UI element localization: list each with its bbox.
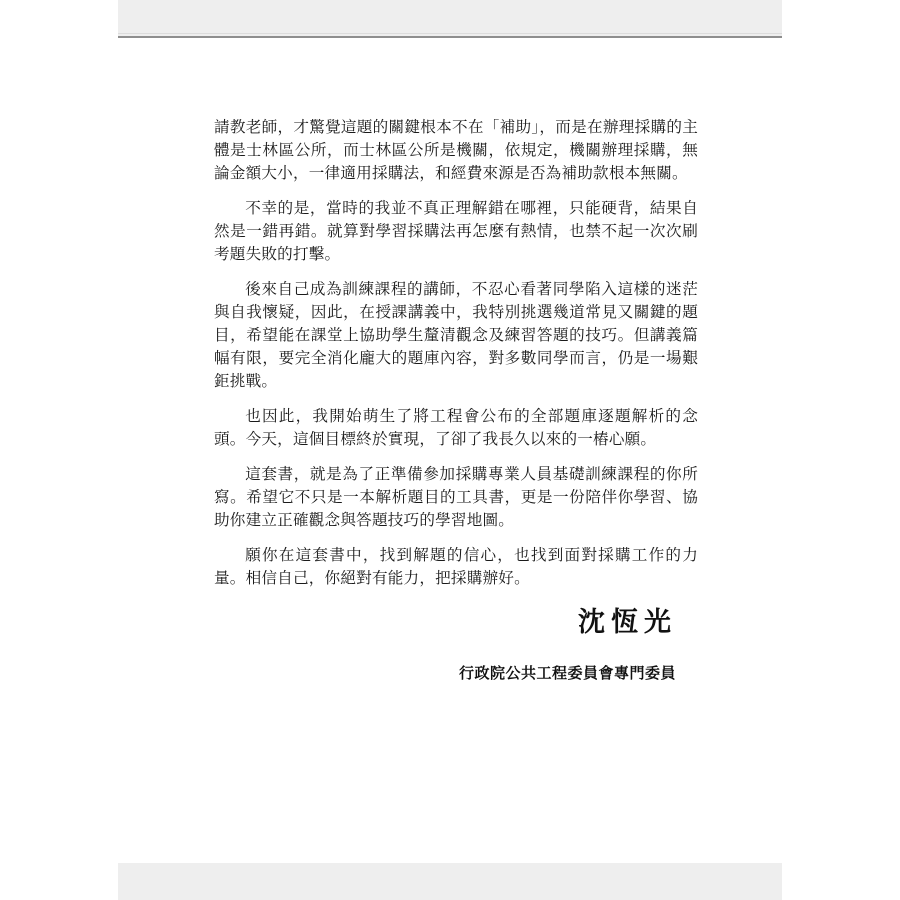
author-signature-title: 行政院公共工程委員會專門委員 <box>459 662 676 683</box>
paragraph-5: 這套書，就是為了正準備參加採購專業人員基礎訓練課程的你所寫。希望它不只是一本解析… <box>214 463 698 532</box>
paragraph-3: 後來自己成為訓練課程的講師，不忍心看著同學陷入這樣的迷茫與自我懷疑，因此，在授課… <box>214 278 698 393</box>
bottom-page-band <box>118 863 782 900</box>
paragraph-1: 請教老師，才驚覺這題的關鍵根本不在「補助」，而是在辦理採購的主體是士林區公所，而… <box>214 116 698 185</box>
paragraph-6: 願你在這套書中，找到解題的信心，也找到面對採購工作的力量。相信自己，你絕對有能力… <box>214 544 698 590</box>
top-page-band <box>118 0 782 38</box>
author-signature-name: 沈恆光 <box>578 600 677 639</box>
preface-body: 請教老師，才驚覺這題的關鍵根本不在「補助」，而是在辦理採購的主體是士林區公所，而… <box>214 116 698 602</box>
paragraph-4: 也因此，我開始萌生了將工程會公布的全部題庫逐題解析的念頭。今天，這個目標終於實現… <box>214 405 698 451</box>
paragraph-2: 不幸的是，當時的我並不真正理解錯在哪裡，只能硬背，結果自然是一錯再錯。就算對學習… <box>214 197 698 266</box>
